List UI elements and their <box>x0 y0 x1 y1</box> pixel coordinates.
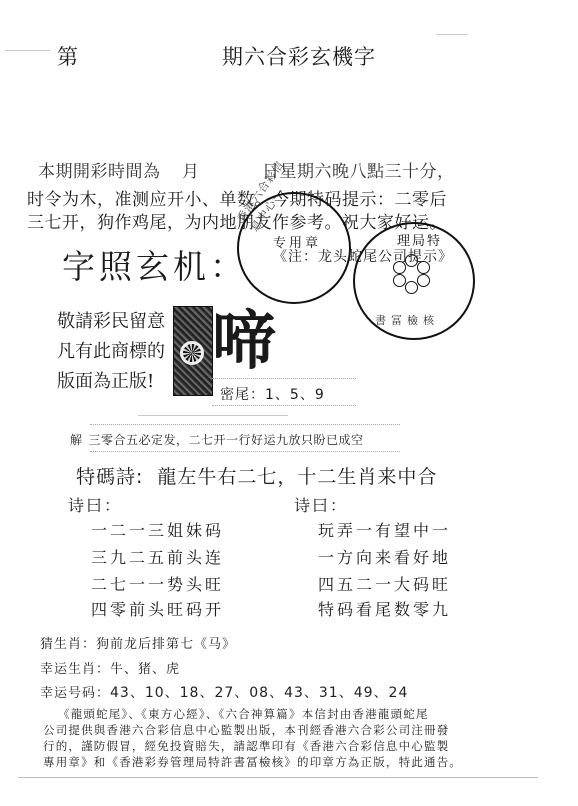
flower-emblem-petal <box>417 261 430 274</box>
divider <box>138 415 288 416</box>
secret-tail-values: 1、5、9 <box>265 387 325 403</box>
lucky-numbers-values: 43、10、18、27、08、43、31、49、24 <box>110 685 408 701</box>
special-poem-label: 特碼詩: <box>76 466 143 488</box>
scan-artifact <box>436 34 468 35</box>
poem-left-line: 二七一一势头旺 <box>91 572 224 595</box>
flower-emblem-petal <box>405 281 418 294</box>
lucky-zodiac: 幸运生肖：牛、猪、虎 <box>40 658 180 677</box>
draw-time-part1: 本期開彩時間為 <box>38 157 161 182</box>
notice-line: 敬請彩民留意 <box>57 307 167 337</box>
lucky-zodiac-value: 牛、猪、虎 <box>110 662 180 677</box>
poem-left-line: 三九二五前头连 <box>91 545 224 568</box>
lucky-numbers-label: 幸运号码： <box>40 686 110 701</box>
wheel-icon <box>180 341 204 365</box>
footer-divider <box>18 777 538 778</box>
authenticity-notice: 敬請彩民留意 凡有此商標的 版面為正版! <box>57 307 167 397</box>
footer-line: 公司提供與香港六合彩信息中心監製出版，本刊經香港六合彩公司注冊發 <box>43 722 449 738</box>
explanation: 解三零合五必定发，二七开一行好运九放只盼已成空 <box>70 431 364 448</box>
footer-line: 《龍頭蛇尾》、《東方心經》、《六合神算篇》本信封由香港龍頭蛇尾 <box>58 706 429 722</box>
issue-prefix: 第 <box>57 41 78 71</box>
stamp-lottery-bureau: 香港彩券管理局特許 理局特 書冨檢核 <box>353 222 475 340</box>
guess-zodiac-label: 猜生肖： <box>40 637 96 652</box>
scan-artifact <box>5 50 50 51</box>
section-title: 字照玄机： <box>62 241 247 288</box>
flower-emblem-petal <box>393 261 406 274</box>
poem-right-line: 一方向来看好地 <box>318 545 451 568</box>
draw-time-month: 月 <box>182 157 200 182</box>
poem-left-line: 四零前头旺码开 <box>91 597 224 620</box>
stamp2-arc-bottom: 書冨檢核 <box>375 312 439 328</box>
intro-line-2: 时令为木，准测应开小、单数。今期特码提示：二零后 <box>27 185 447 210</box>
guess-zodiac: 猜生肖：狗前龙后排第七《马》 <box>40 633 236 652</box>
secret-tail: 密尾：1、5、9 <box>220 384 325 404</box>
poem-right-line: 四五二一大码旺 <box>318 572 451 595</box>
riddle-character: 啼 <box>212 290 270 382</box>
special-poem-text: 龍左牛右二七，十二生肖来中合 <box>157 466 437 488</box>
notice-line: 凡有此商標的 <box>57 337 167 367</box>
poem-left-heading: 诗曰： <box>68 493 122 516</box>
lucky-numbers: 幸运号码：43、10、18、27、08、43、31、49、24 <box>40 682 408 702</box>
flower-emblem-petal <box>405 254 418 267</box>
poem-right-line: 玩弄一有望中一 <box>318 518 451 541</box>
secret-tail-label: 密尾： <box>220 387 265 403</box>
poem-left-line: 一二一三姐妹码 <box>91 518 224 541</box>
special-code-poem: 特碼詩:龍左牛右二七，十二生肖来中合 <box>76 462 437 489</box>
flower-emblem-petal <box>393 274 406 287</box>
trademark-emblem-icon <box>173 306 213 396</box>
page-title: 期六合彩玄機字 <box>222 41 376 71</box>
notice-line: 版面為正版! <box>57 367 167 397</box>
explanation-label: 解 <box>70 433 83 447</box>
stamp2-arc-top-visible: 理局特 <box>397 230 442 249</box>
footer-line: 專用章》和《香港彩券管理局特許書冨檢核》的印章方為正版，特此通告。 <box>43 754 462 770</box>
guess-zodiac-value: 狗前龙后排第七《马》 <box>96 637 236 652</box>
flower-emblem-petal <box>417 274 430 287</box>
poem-right-line: 特码看尾数零九 <box>318 597 451 620</box>
lucky-zodiac-label: 幸运生肖： <box>40 662 110 677</box>
poem-right-heading: 诗曰： <box>294 493 348 516</box>
explanation-text: 三零合五必定发，二七开一行好运九放只盼已成空 <box>89 433 364 447</box>
footer-line: 行的，謹防假冒，經免投資賠失，請認準印有《香港六合彩信息中心監製 <box>43 738 449 754</box>
